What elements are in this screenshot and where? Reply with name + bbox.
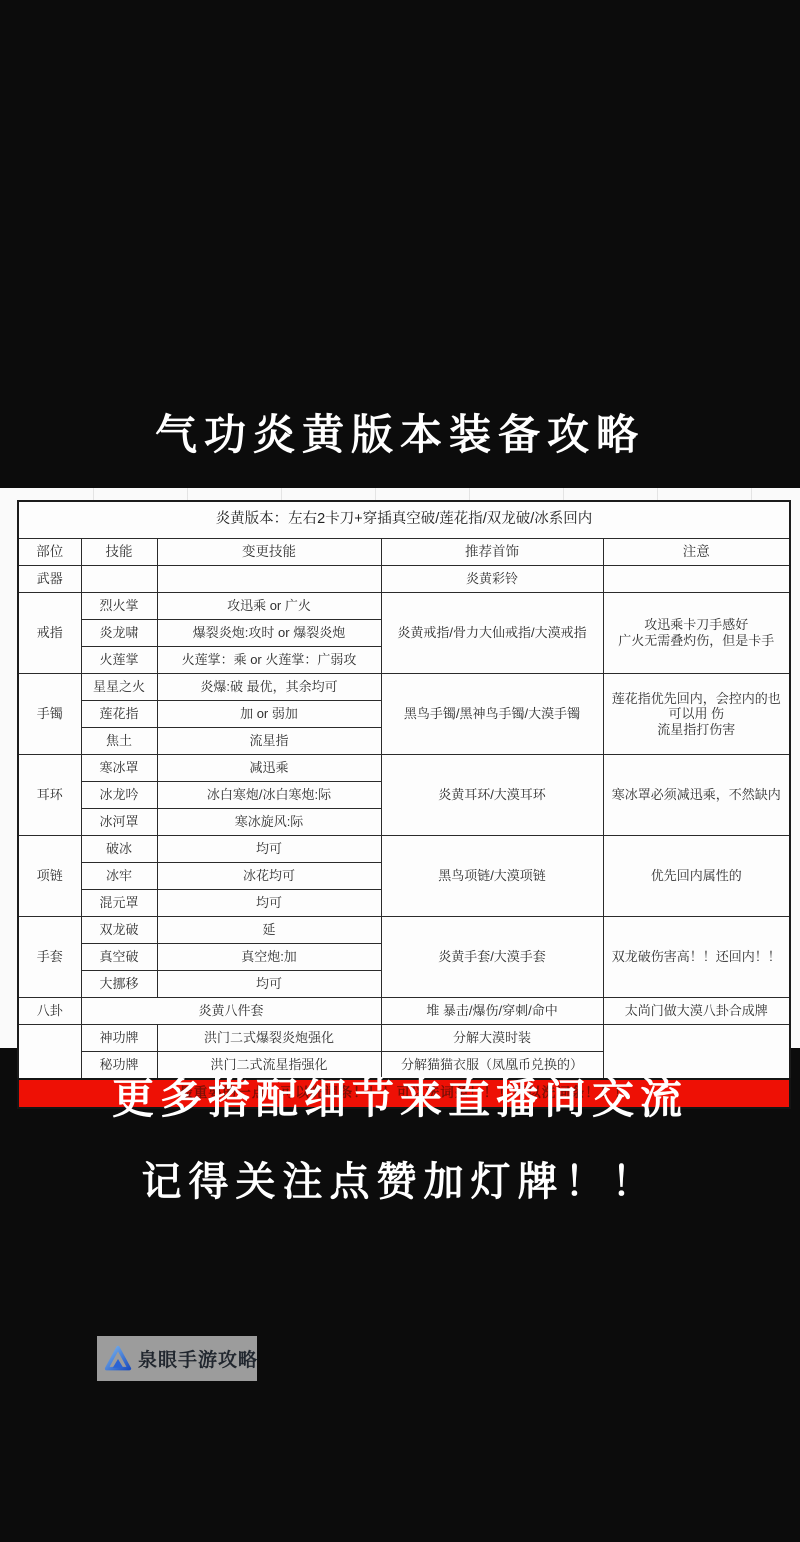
- table-row: 耳环寒冰罩减迅乘炎黄耳环/大漠耳环寒冰罩必须减迅乘，不然缺内: [18, 755, 790, 782]
- header-cell: 注意: [603, 539, 790, 566]
- cell-part: 手镯: [18, 674, 81, 755]
- cell-skill: 冰牢: [81, 863, 157, 890]
- cell-part: 武器: [18, 566, 81, 593]
- footer-line-1: 更多搭配细节来直播间交流: [0, 1066, 800, 1126]
- header-cell: 技能: [81, 539, 157, 566]
- cell-skill-change-merged: 炎黄八件套: [81, 998, 381, 1025]
- header-cell: 部位: [18, 539, 81, 566]
- cell-note: 攻迅乘卡刀手感好 广火无需叠灼伤，但是卡手: [603, 593, 790, 674]
- table-row: 手镯星星之火炎爆:破 最优，其余均可黑鸟手镯/黑神鸟手镯/大漠手镯莲花指优先回内…: [18, 674, 790, 701]
- cell-jewelry: 炎黄戒指/骨力大仙戒指/大漠戒指: [381, 593, 603, 674]
- watermark-text: 泉眼手游攻略: [138, 1345, 258, 1372]
- equipment-table: 炎黄版本：左右2卡刀+穿插真空破/莲花指/双龙破/冰系回内部位技能变更技能推荐首…: [17, 500, 791, 1109]
- table-caption-row: 炎黄版本：左右2卡刀+穿插真空破/莲花指/双龙破/冰系回内: [18, 501, 790, 539]
- cell-change: 寒冰旋风:际: [157, 809, 381, 836]
- cell-jewelry: 黑鸟手镯/黑神鸟手镯/大漠手镯: [381, 674, 603, 755]
- cell-change: 攻迅乘 or 广火: [157, 593, 381, 620]
- cell-note: 优先回内属性的: [603, 836, 790, 917]
- infographic-canvas: 气功炎黄版本装备攻略 炎黄版本：左右2卡刀+穿插真空破/莲花指/双龙破/冰系回内…: [0, 0, 800, 1542]
- cell-jewelry: 黑鸟项链/大漠项链: [381, 836, 603, 917]
- cell-note: 太尚门做大漠八卦合成牌: [603, 998, 790, 1025]
- cell-skill: 莲花指: [81, 701, 157, 728]
- cell-change: 真空炮:加: [157, 944, 381, 971]
- cell-skill: 混元罩: [81, 890, 157, 917]
- cell-skill: 火莲掌: [81, 647, 157, 674]
- table-header-row: 部位技能变更技能推荐首饰注意: [18, 539, 790, 566]
- table-row: 手套双龙破延炎黄手套/大漠手套双龙破伤害高！！还回内！！: [18, 917, 790, 944]
- cell-note: 莲花指优先回内，会控内的也 可以用 伤 流星指打伤害: [603, 674, 790, 755]
- table-row: 武器炎黄彩铃: [18, 566, 790, 593]
- cell-jewelry: 分解大漠时装: [381, 1025, 603, 1052]
- cell-change: 冰花均可: [157, 863, 381, 890]
- cell-part: 项链: [18, 836, 81, 917]
- cell-note: [603, 566, 790, 593]
- table-row: 八卦炎黄八件套堆 暴击/爆伤/穿刺/命中太尚门做大漠八卦合成牌: [18, 998, 790, 1025]
- cell-change: 爆裂炎炮:攻时 or 爆裂炎炮: [157, 620, 381, 647]
- cell-jewelry: 炎黄手套/大漠手套: [381, 917, 603, 998]
- cell-skill: 大挪移: [81, 971, 157, 998]
- header-cell: 变更技能: [157, 539, 381, 566]
- cell-part: 八卦: [18, 998, 81, 1025]
- cell-note: 寒冰罩必须减迅乘，不然缺内: [603, 755, 790, 836]
- cell-skill: 寒冰罩: [81, 755, 157, 782]
- triangle-delta-icon: [104, 1345, 132, 1373]
- table-row: 项链破冰均可黑鸟项链/大漠项链优先回内属性的: [18, 836, 790, 863]
- cell-skill: 破冰: [81, 836, 157, 863]
- cell-skill: 双龙破: [81, 917, 157, 944]
- cell-skill: 星星之火: [81, 674, 157, 701]
- cell-change: 均可: [157, 890, 381, 917]
- footer-line-2: 记得关注点赞加灯牌！！: [0, 1150, 800, 1207]
- cell-change: 延: [157, 917, 381, 944]
- spreadsheet-area: 炎黄版本：左右2卡刀+穿插真空破/莲花指/双龙破/冰系回内部位技能变更技能推荐首…: [0, 488, 800, 1048]
- caption-cell: 炎黄版本：左右2卡刀+穿插真空破/莲花指/双龙破/冰系回内: [18, 501, 790, 539]
- cell-skill: 炎龙啸: [81, 620, 157, 647]
- cell-change: 火莲掌：乘 or 火莲掌：广弱攻: [157, 647, 381, 674]
- watermark: 泉眼手游攻略: [97, 1336, 257, 1381]
- cell-change: 均可: [157, 971, 381, 998]
- cell-change: 炎爆:破 最优，其余均可: [157, 674, 381, 701]
- cell-part: 手套: [18, 917, 81, 998]
- header-cell: 推荐首饰: [381, 539, 603, 566]
- cell-skill: 神功牌: [81, 1025, 157, 1052]
- table-row: 戒指烈火掌攻迅乘 or 广火炎黄戒指/骨力大仙戒指/大漠戒指攻迅乘卡刀手感好 广…: [18, 593, 790, 620]
- page-title: 气功炎黄版本装备攻略: [0, 402, 800, 462]
- cell-skill: [81, 566, 157, 593]
- cell-change: [157, 566, 381, 593]
- cell-change: 加 or 弱加: [157, 701, 381, 728]
- cell-skill: 焦土: [81, 728, 157, 755]
- cell-change: 冰白寒炮/冰白寒炮:际: [157, 782, 381, 809]
- cell-note: 双龙破伤害高！！还回内！！: [603, 917, 790, 998]
- cell-change: 均可: [157, 836, 381, 863]
- cell-skill: 真空破: [81, 944, 157, 971]
- cell-skill: 冰河罩: [81, 809, 157, 836]
- cell-skill: 烈火掌: [81, 593, 157, 620]
- cell-change: 洪门二式爆裂炎炮强化: [157, 1025, 381, 1052]
- cell-jewelry: 堆 暴击/爆伤/穿刺/命中: [381, 998, 603, 1025]
- table-row: 神功牌洪门二式爆裂炎炮强化分解大漠时装: [18, 1025, 790, 1052]
- cell-skill: 冰龙吟: [81, 782, 157, 809]
- cell-jewelry: 炎黄彩铃: [381, 566, 603, 593]
- cell-change: 流星指: [157, 728, 381, 755]
- cell-part: 戒指: [18, 593, 81, 674]
- cell-jewelry: 炎黄耳环/大漠耳环: [381, 755, 603, 836]
- cell-part: 耳环: [18, 755, 81, 836]
- cell-change: 减迅乘: [157, 755, 381, 782]
